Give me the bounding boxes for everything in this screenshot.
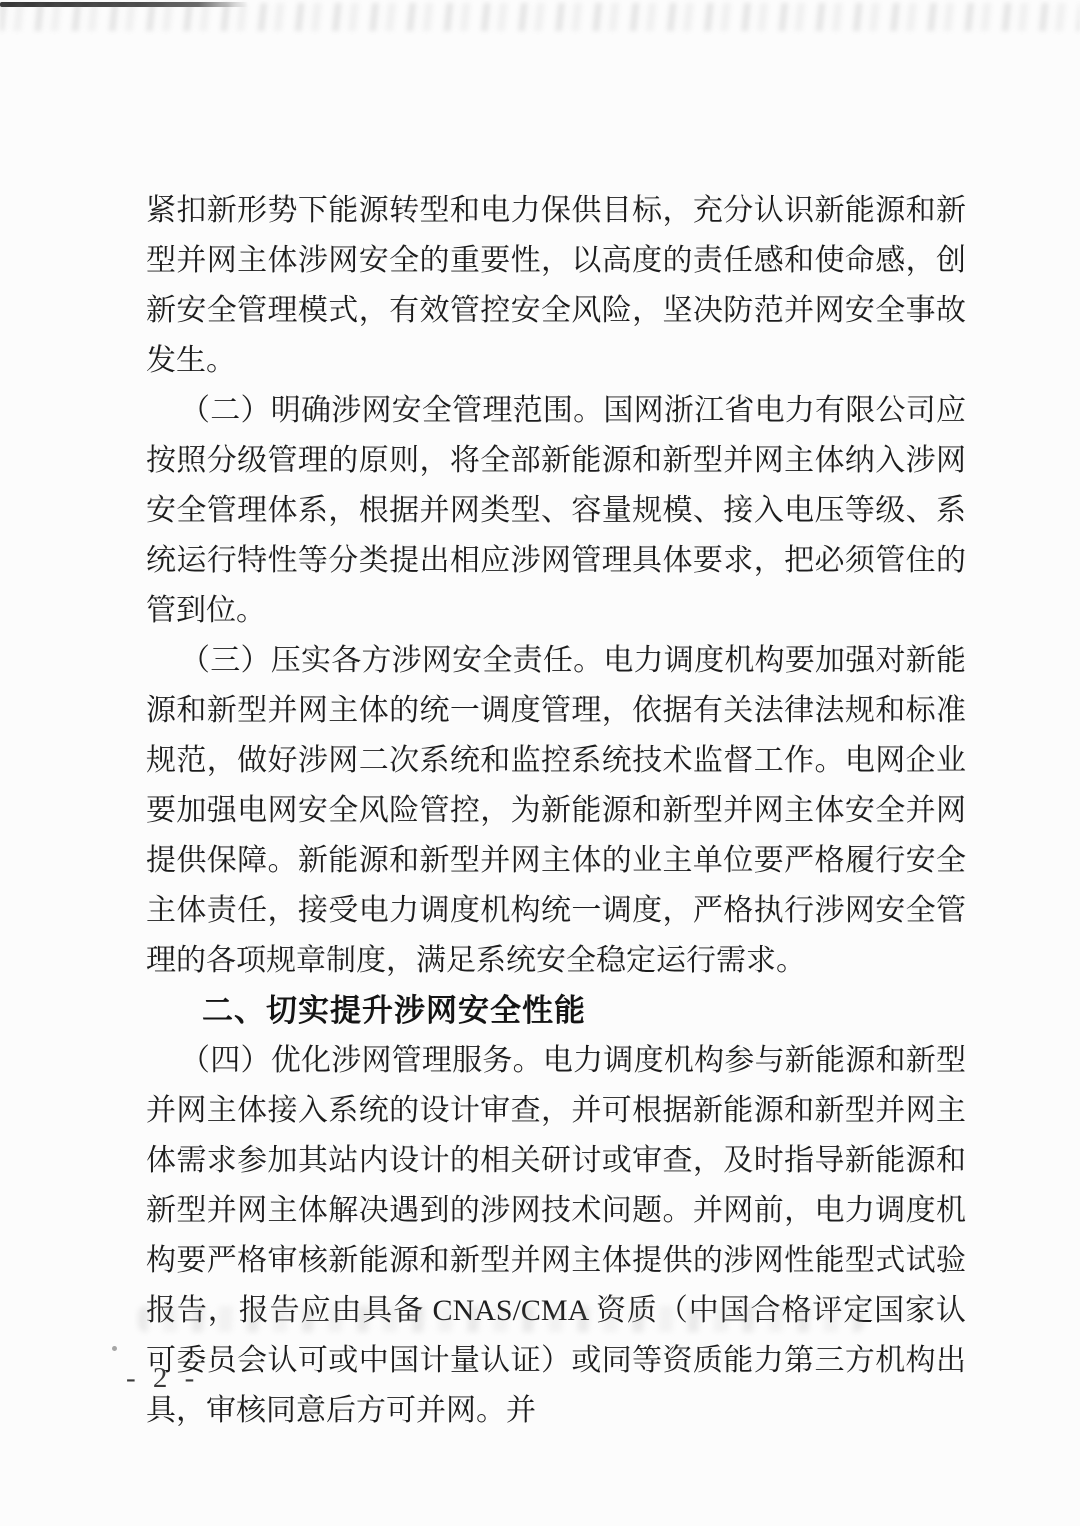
paragraph-text: 国网浙江省电力有限公司应按照分级管理的原则，将全部新能源和新型并网主体纳入涉网安… bbox=[146, 394, 966, 627]
section-lead: （三）压实各方涉网安全责任。 bbox=[180, 644, 603, 677]
section-heading: 二、切实提升涉网安全性能 bbox=[146, 986, 966, 1036]
body-paragraph-section-2: （二）明确涉网安全管理范围。国网浙江省电力有限公司应按照分级管理的原则，将全部新… bbox=[146, 386, 966, 636]
section-lead: （四）优化涉网管理服务。 bbox=[180, 1044, 543, 1077]
scanned-document-page: 紧扣新形势下能源转型和电力保供目标，充分认识新能源和新型并网主体涉网安全的重要性… bbox=[0, 0, 1080, 1526]
body-paragraph-section-4: （四）优化涉网管理服务。电力调度机构参与新能源和新型并网主体接入系统的设计审查，… bbox=[146, 1036, 966, 1436]
scan-artifact-top-noise bbox=[0, 3, 1080, 31]
page-number: - 2 - bbox=[126, 1362, 199, 1395]
paragraph-text: 电力调度机构要加强对新能源和新型并网主体的统一调度管理，依据有关法律法规和标准规… bbox=[146, 644, 966, 977]
section-lead: （二）明确涉网安全管理范围。 bbox=[180, 394, 603, 427]
paragraph-text: 电力调度机构参与新能源和新型并网主体接入系统的设计审查，并可根据新能源和新型并网… bbox=[146, 1044, 966, 1427]
document-body: 紧扣新形势下能源转型和电力保供目标，充分认识新能源和新型并网主体涉网安全的重要性… bbox=[146, 186, 966, 1436]
scan-artifact-bleedthrough bbox=[138, 1306, 864, 1332]
paragraph-text: 紧扣新形势下能源转型和电力保供目标，充分认识新能源和新型并网主体涉网安全的重要性… bbox=[146, 194, 966, 377]
body-paragraph-section-3: （三）压实各方涉网安全责任。电力调度机构要加强对新能源和新型并网主体的统一调度管… bbox=[146, 636, 966, 986]
body-paragraph-continuation: 紧扣新形势下能源转型和电力保供目标，充分认识新能源和新型并网主体涉网安全的重要性… bbox=[146, 186, 966, 386]
scan-artifact-ink-dot bbox=[112, 1346, 117, 1351]
